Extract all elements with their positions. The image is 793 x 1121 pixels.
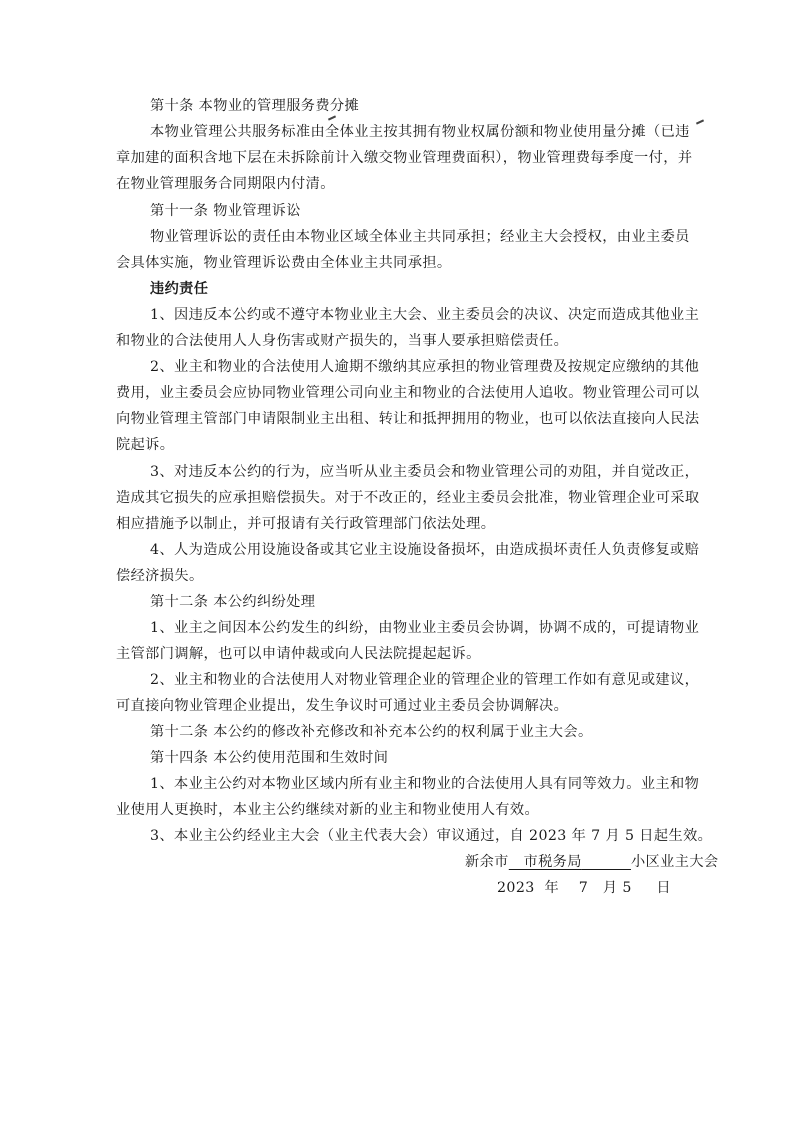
paragraph-line: 1、业主之间因本公约发生的纠纷，由物业业主委员会协调，协调不成的，可提请物业 <box>150 618 699 638</box>
article-10-heading: 第十条 本物业的管理服务费分摊 <box>150 96 359 116</box>
paragraph-line: 章加建的面积含地下层在未拆除前计入缴交物业管理费面积），物业管理费每季度一付，并 <box>116 148 692 168</box>
article-12-heading: 第十二条 本公约纠纷处理 <box>150 592 315 612</box>
paragraph-line: 可直接向物业管理企业提出，发生争议时可通过业主委员会协调解决。 <box>116 696 568 716</box>
paragraph-line: 2、业主和物业的合法使用人逾期不缴纳其应承担的物业管理费及按规定应缴纳的其他 <box>150 357 699 377</box>
paragraph-line: 主管部门调解，也可以申请仲裁或向人民法院提起起诉。 <box>116 644 481 664</box>
paragraph-line: 在物业管理服务合同期限内付清。 <box>116 174 335 194</box>
paragraph-line: 费用，业主委员会应协同物业管理公司向业主和物业的合法使用人追收。物业管理公司可以 <box>116 383 700 403</box>
signature-suffix: 小区业主大会 <box>631 854 719 870</box>
signature-district: 市税务局 <box>509 854 631 870</box>
paragraph-line: 院起诉。 <box>116 435 174 455</box>
signature-city: 新余市 <box>465 854 509 870</box>
paragraph-line: 向物业管理主管部门申请限制业主出租、转让和抵押拥用的物业，也可以依法直接向人民法 <box>116 409 700 429</box>
paragraph-line: 本物业管理公共服务标准由全体业主按其拥有物业权属份额和物业使用量分摊（已违 <box>150 122 690 142</box>
paragraph-line: 和物业的合法使用人人身伤害或财产损失的，当事人要承担赔偿责任。 <box>116 331 568 351</box>
paragraph-line: 2、业主和物业的合法使用人对物业管理企业的管理企业的管理工作如有意见或建议， <box>150 670 699 690</box>
paragraph-line: 1、本业主公约对本物业区域内所有业主和物业的合法使用人具有同等效力。业主和物 <box>150 774 699 794</box>
paragraph-line: 会具体实施，物业管理诉讼费由全体业主共同承担。 <box>116 253 452 273</box>
signature-line: 新余市 市税务局 小区业主大会 <box>465 852 719 872</box>
paragraph-line: 业使用人更换时，本业主公约继续对新的业主和物业使用人有效。 <box>116 800 539 820</box>
paragraph-line: 物业管理诉讼的责任由本物业区域全体业主共同承担；经业主大会授权，由业主委员 <box>150 227 690 247</box>
article-13-heading: 第十二条 本公约的修改补充修改和补充本公约的权利属于业主大会。 <box>150 722 593 742</box>
paragraph-line: 造成其它损失的应承担赔偿损失。对于不改正的，经业主委员会批准，物业管理企业可采取 <box>116 488 700 508</box>
section-heading-breach: 违约责任 <box>150 279 208 299</box>
paragraph-line: 偿经济损失。 <box>116 566 204 586</box>
paragraph-line: 相应措施予以制止，并可报请有关行政管理部门依法处理。 <box>116 514 495 534</box>
article-11-heading: 第十一条 物业管理诉讼 <box>150 201 301 221</box>
paragraph-line: 1、因违反本公约或不遵守本物业业主大会、业主委员会的决议、决定而造成其他业主 <box>150 305 699 325</box>
scan-mark <box>328 115 336 120</box>
article-14-heading: 第十四条 本公约使用范围和生效时间 <box>150 748 388 768</box>
paragraph-line: 3、本业主公约经业主大会（业主代表大会）审议通过，自 2023 年 7 月 5 … <box>150 826 712 846</box>
paragraph-line: 4、人为造成公用设施设备或其它业主设施设备损坏，由造成损坏责任人负责修复或赔 <box>150 540 699 560</box>
signature-date: 2023 年 7 月 5 日 <box>497 878 671 898</box>
paragraph-line: 3、对违反本公约的行为，应当听从业主委员会和物业管理公司的劝阻，并自觉改正， <box>150 462 699 482</box>
scan-mark <box>696 119 704 124</box>
document-page: 第十条 本物业的管理服务费分摊 本物业管理公共服务标准由全体业主按其拥有物业权属… <box>0 0 793 1121</box>
